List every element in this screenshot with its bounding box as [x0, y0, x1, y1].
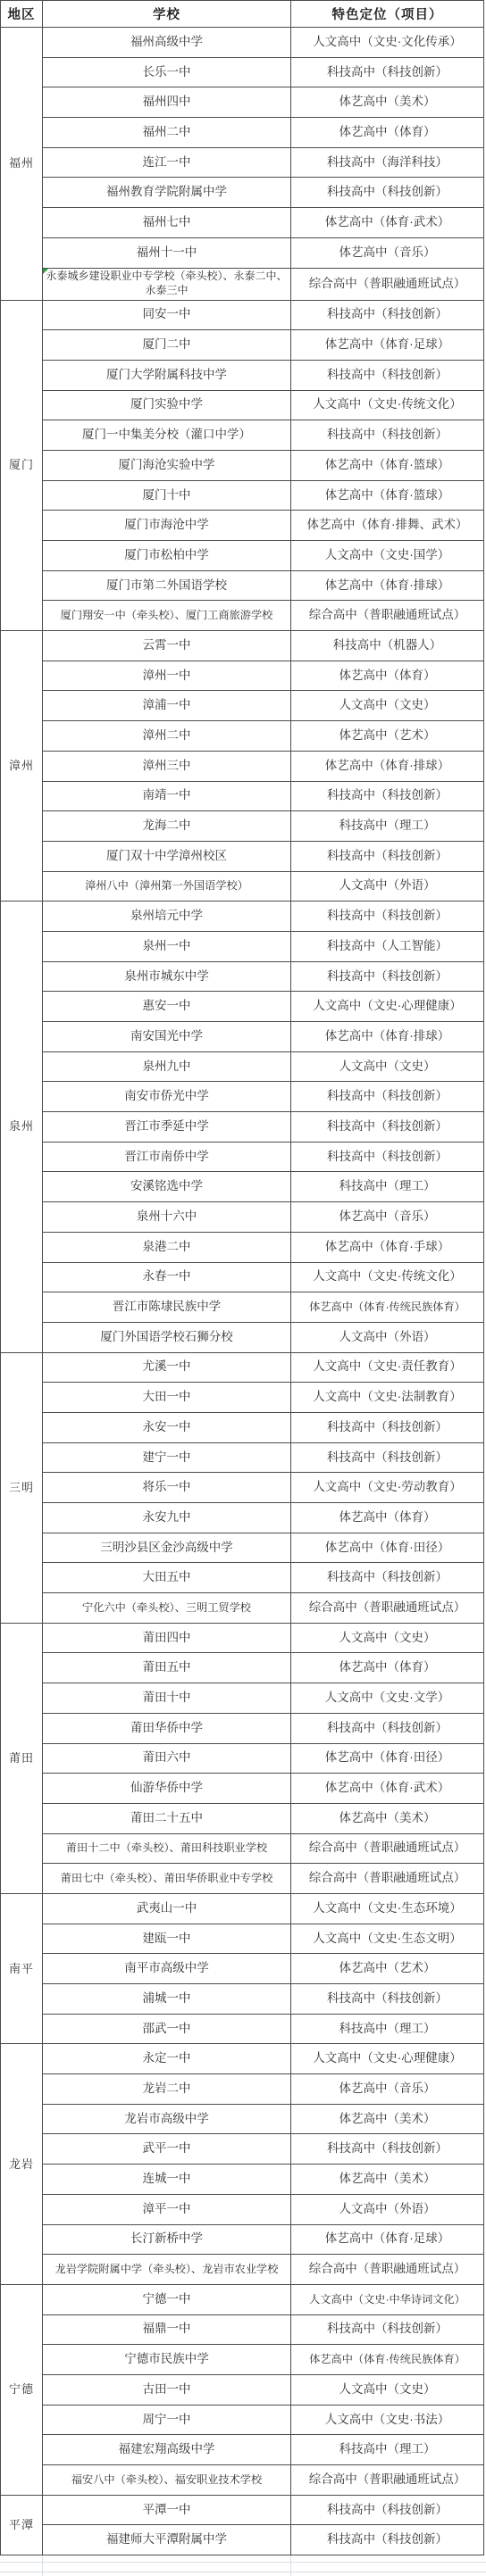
table-row: 泉州九中人文高中（文史）: [1, 1051, 484, 1082]
school-cell: 惠安一中: [43, 992, 291, 1022]
school-cell: 南平市高级中学: [43, 1954, 291, 1984]
feature-cell: 体艺高中（体育·排球）: [291, 751, 484, 781]
feature-cell: 体艺高中（体育）: [291, 1653, 484, 1683]
region-cell: 泉州: [1, 902, 43, 1352]
school-cell: 三明沙县区金沙高级中学: [43, 1533, 291, 1563]
school-cell: 晋江市陈埭民族中学: [43, 1292, 291, 1323]
feature-cell: 体艺高中（体育）: [291, 1503, 484, 1533]
table-row: 龙岩二中体艺高中（音乐）: [1, 2074, 484, 2105]
school-cell: 永春一中: [43, 1262, 291, 1292]
school-cell: 福州二中: [43, 118, 291, 148]
table-row: 安溪铭选中学科技高中（理工）: [1, 1172, 484, 1202]
feature-cell: 科技高中（理工）: [291, 2014, 484, 2044]
table-row: 漳平一中人文高中（外语）: [1, 2194, 484, 2224]
table-row: 漳州二中体艺高中（艺术）: [1, 721, 484, 752]
feature-cell: 科技高中（科技创新）: [291, 420, 484, 451]
school-cell: 厦门外国语学校石狮分校: [43, 1322, 291, 1352]
school-cell: 漳州三中: [43, 751, 291, 781]
school-cell: 厦门市松柏中学: [43, 541, 291, 571]
table-row: 福州七中体艺高中（体育·武术）: [1, 208, 484, 238]
table-row: 龙岩永定一中人文高中（文史·心理健康）: [1, 2044, 484, 2074]
feature-cell: 人文高中（文史）: [291, 1051, 484, 1082]
table-row: 大田五中科技高中（科技创新）: [1, 1563, 484, 1593]
feature-cell: 科技高中（科技创新）: [291, 1412, 484, 1442]
school-cell: 莆田二十五中: [43, 1803, 291, 1833]
table-row: 连江一中科技高中（海洋科技）: [1, 147, 484, 178]
school-cell: 福州高级中学: [43, 28, 291, 58]
school-cell: 福州四中: [43, 87, 291, 118]
school-cell: 长汀新桥中学: [43, 2224, 291, 2255]
school-cell: 连江一中: [43, 147, 291, 178]
page: 地区 学校 特色定位（项目） 福州福州高级中学人文高中（文史·文化传承）长乐一中…: [0, 0, 486, 2576]
table-row: 宁化六中（牵头校）、三明工贸学校综合高中（普职融通班试点）: [1, 1593, 484, 1624]
school-cell: 云霄一中: [43, 631, 291, 661]
feature-cell: 人文高中（文史·国学）: [291, 541, 484, 571]
table-row: 长乐一中科技高中（科技创新）: [1, 57, 484, 87]
feature-cell: 科技高中（科技创新）: [291, 360, 484, 390]
table-row: 漳州云霄一中科技高中（机器人）: [1, 631, 484, 661]
table-row: 将乐一中人文高中（文史·劳动教育）: [1, 1473, 484, 1503]
school-cell: 莆田十中: [43, 1683, 291, 1714]
header-region: 地区: [1, 1, 43, 28]
feature-cell: 体艺高中（体育·传统民族体育）: [291, 1292, 484, 1323]
table-row: 龙海二中科技高中（理工）: [1, 811, 484, 842]
feature-cell: 体艺高中（美术）: [291, 1803, 484, 1833]
feature-cell: 体艺高中（体育·排球）: [291, 570, 484, 601]
feature-cell: 体艺高中（美术）: [291, 87, 484, 118]
school-cell: 厦门大学附属科技中学: [43, 360, 291, 390]
feature-cell: 人文高中（文史·文学）: [291, 1683, 484, 1714]
school-cell: 福安八中（牵头校）、福安职业技术学校: [43, 2465, 291, 2496]
region-cell: 平潭: [1, 2495, 43, 2555]
feature-cell: 体艺高中（美术）: [291, 2165, 484, 2195]
table-row: 厦门十中体艺高中（体育·篮球）: [1, 480, 484, 511]
table-row: 泉州一中科技高中（人工智能）: [1, 931, 484, 961]
school-cell: 泉州十六中: [43, 1202, 291, 1233]
region-cell: 福州: [1, 28, 43, 301]
schools-table: 地区 学校 特色定位（项目） 福州福州高级中学人文高中（文史·文化传承）长乐一中…: [0, 0, 484, 2555]
table-row: 厦门一中集美分校（灌口中学）科技高中（科技创新）: [1, 420, 484, 451]
region-cell: 厦门: [1, 300, 43, 631]
feature-cell: 科技高中（科技创新）: [291, 2134, 484, 2165]
table-row: 南安国光中学体艺高中（体育·排球）: [1, 1022, 484, 1052]
feature-cell: 综合高中（普职融通班试点）: [291, 268, 484, 300]
school-cell: 莆田五中: [43, 1653, 291, 1683]
school-cell: 南靖一中: [43, 781, 291, 811]
table-row: 福建宏翔高级中学科技高中（理工）: [1, 2435, 484, 2465]
feature-cell: 综合高中（普职融通班试点）: [291, 601, 484, 631]
feature-cell: 体艺高中（艺术）: [291, 1954, 484, 1984]
feature-cell: 综合高中（普职融通班试点）: [291, 1864, 484, 1894]
feature-cell: 科技高中（科技创新）: [291, 1984, 484, 2015]
feature-cell: 体艺高中（体育·武术）: [291, 1774, 484, 1804]
school-cell: 漳平一中: [43, 2194, 291, 2224]
school-cell: 漳州二中: [43, 721, 291, 752]
feature-cell: 体艺高中（体育·传统民族体育）: [291, 2345, 484, 2375]
trailing-spreadsheet-gridlines: [0, 2555, 486, 2576]
feature-cell: 体艺高中（音乐）: [291, 237, 484, 268]
feature-cell: 科技高中（科技创新）: [291, 2314, 484, 2345]
feature-cell: 科技高中（科技创新）: [291, 2495, 484, 2525]
school-cell: 永安九中: [43, 1503, 291, 1533]
table-row: 莆田华侨中学科技高中（科技创新）: [1, 1713, 484, 1743]
feature-cell: 科技高中（科技创新）: [291, 1082, 484, 1112]
feature-cell: 科技高中（科技创新）: [291, 57, 484, 87]
table-row: 长汀新桥中学体艺高中（体育·足球）: [1, 2224, 484, 2255]
school-cell: 漳州一中: [43, 661, 291, 691]
feature-cell: 科技高中（科技创新）: [291, 1112, 484, 1143]
feature-cell: 科技高中（科技创新）: [291, 300, 484, 330]
feature-cell: 体艺高中（体育·田径）: [291, 1743, 484, 1774]
table-row: 厦门市海沧中学体艺高中（体育·排舞、武术）: [1, 511, 484, 541]
school-cell: 平潭一中: [43, 2495, 291, 2525]
school-cell: 晋江市季延中学: [43, 1112, 291, 1143]
feature-cell: 科技高中（理工）: [291, 1172, 484, 1202]
feature-cell: 人文高中（文史·文化传承）: [291, 28, 484, 58]
feature-cell: 体艺高中（体育·排舞、武术）: [291, 511, 484, 541]
school-cell: 古田一中: [43, 2374, 291, 2405]
school-cell: 建瓯一中: [43, 1924, 291, 1954]
table-row: 泉港二中体艺高中（体育·手球）: [1, 1232, 484, 1262]
green-corner-flag-icon: [43, 269, 48, 274]
feature-cell: 科技高中（科技创新）: [291, 2525, 484, 2555]
school-cell: 龙岩二中: [43, 2074, 291, 2105]
school-cell: 莆田十二中（牵头校）、莆田科技职业学校: [43, 1833, 291, 1864]
school-cell: 漳浦一中: [43, 691, 291, 721]
school-cell: 福州七中: [43, 208, 291, 238]
table-row: 福州十一中体艺高中（音乐）: [1, 237, 484, 268]
school-cell: 厦门一中集美分校（灌口中学）: [43, 420, 291, 451]
table-row: 平潭平潭一中科技高中（科技创新）: [1, 2495, 484, 2525]
school-cell: 将乐一中: [43, 1473, 291, 1503]
header-feature: 特色定位（项目）: [291, 1, 484, 28]
table-row: 厦门市第二外国语学校体艺高中（体育·排球）: [1, 570, 484, 601]
school-cell: 福州十一中: [43, 237, 291, 268]
school-cell: 泉州九中: [43, 1051, 291, 1082]
region-cell: 莆田: [1, 1623, 43, 1893]
table-row: 莆田二十五中体艺高中（美术）: [1, 1803, 484, 1833]
school-cell: 大田一中: [43, 1383, 291, 1413]
table-row: 莆田十二中（牵头校）、莆田科技职业学校综合高中（普职融通班试点）: [1, 1833, 484, 1864]
school-cell: 莆田六中: [43, 1743, 291, 1774]
school-cell: 邵武一中: [43, 2014, 291, 2044]
feature-cell: 体艺高中（体育·手球）: [291, 1232, 484, 1262]
table-row: 厦门大学附属科技中学科技高中（科技创新）: [1, 360, 484, 390]
feature-cell: 科技高中（机器人）: [291, 631, 484, 661]
region-cell: 龙岩: [1, 2044, 43, 2285]
table-row: 莆田六中体艺高中（体育·田径）: [1, 1743, 484, 1774]
table-row: 漳浦一中人文高中（文史）: [1, 691, 484, 721]
table-row: 龙岩市高级中学体艺高中（美术）: [1, 2104, 484, 2134]
school-cell: 宁德市民族中学: [43, 2345, 291, 2375]
feature-cell: 体艺高中（体育·篮球）: [291, 480, 484, 511]
table-row: 福建师大平潭附属中学科技高中（科技创新）: [1, 2525, 484, 2555]
table-row: 漳州一中体艺高中（体育）: [1, 661, 484, 691]
feature-cell: 科技高中（科技创新）: [291, 961, 484, 992]
region-cell: 宁德: [1, 2284, 43, 2495]
table-row: 南安市侨光中学科技高中（科技创新）: [1, 1082, 484, 1112]
feature-cell: 体艺高中（体育）: [291, 661, 484, 691]
school-cell: 连城一中: [43, 2165, 291, 2195]
table-row: 永安一中科技高中（科技创新）: [1, 1412, 484, 1442]
table-row: 周宁一中人文高中（文史·书法）: [1, 2405, 484, 2435]
school-cell: 永定一中: [43, 2044, 291, 2074]
table-row: 漳州八中（漳州第一外国语学校）人文高中（外语）: [1, 871, 484, 902]
feature-cell: 科技高中（科技创新）: [291, 1142, 484, 1172]
feature-cell: 人文高中（文史·生态文明）: [291, 1924, 484, 1954]
feature-cell: 科技高中（科技创新）: [291, 1563, 484, 1593]
feature-cell: 人文高中（文史）: [291, 2374, 484, 2405]
school-cell: 安溪铭选中学: [43, 1172, 291, 1202]
empty-grid-row: [0, 2555, 486, 2563]
grid-vertical-line: [290, 2555, 291, 2576]
school-cell: 龙岩市高级中学: [43, 2104, 291, 2134]
table-row: 浦城一中科技高中（科技创新）: [1, 1984, 484, 2015]
table-row: 厦门市松柏中学人文高中（文史·国学）: [1, 541, 484, 571]
school-cell: 长乐一中: [43, 57, 291, 87]
header-school: 学校: [43, 1, 291, 28]
feature-cell: 体艺高中（艺术）: [291, 721, 484, 752]
feature-cell: 科技高中（科技创新）: [291, 781, 484, 811]
feature-cell: 科技高中（人工智能）: [291, 931, 484, 961]
grid-vertical-line: [42, 2555, 43, 2576]
school-cell: 晋江市南侨中学: [43, 1142, 291, 1172]
table-row: 建瓯一中人文高中（文史·生态文明）: [1, 1924, 484, 1954]
school-cell: 宁化六中（牵头校）、三明工贸学校: [43, 1593, 291, 1624]
school-cell: 龙海二中: [43, 811, 291, 842]
table-row: 三明沙县区金沙高级中学体艺高中（体育·田径）: [1, 1533, 484, 1563]
school-cell: 厦门十中: [43, 480, 291, 511]
table-row: 惠安一中人文高中（文史·心理健康）: [1, 992, 484, 1022]
table-row: 宁德市民族中学体艺高中（体育·传统民族体育）: [1, 2345, 484, 2375]
table-row: 宁德宁德一中人文高中（文史·中华诗词文化）: [1, 2284, 484, 2314]
empty-grid-row: [0, 2563, 486, 2572]
school-cell: 南安国光中学: [43, 1022, 291, 1052]
table-row: 泉州市城东中学科技高中（科技创新）: [1, 961, 484, 992]
school-cell: 永泰城乡建设职业中专学校（牵头校）、永泰二中、永泰三中: [43, 268, 291, 300]
school-cell: 宁德一中: [43, 2284, 291, 2314]
table-row: 永泰城乡建设职业中专学校（牵头校）、永泰二中、永泰三中综合高中（普职融通班试点）: [1, 268, 484, 300]
region-cell: 漳州: [1, 631, 43, 902]
school-cell: 福州教育学院附属中学: [43, 178, 291, 208]
region-cell: 三明: [1, 1352, 43, 1623]
region-cell: 南平: [1, 1893, 43, 2043]
table-row: 厦门同安一中科技高中（科技创新）: [1, 300, 484, 330]
school-cell: 福鼎一中: [43, 2314, 291, 2345]
table-row: 莆田十中人文高中（文史·文学）: [1, 1683, 484, 1714]
school-cell: 南安市侨光中学: [43, 1082, 291, 1112]
feature-cell: 人文高中（文史·心理健康）: [291, 992, 484, 1022]
table-row: 晋江市陈埭民族中学体艺高中（体育·传统民族体育）: [1, 1292, 484, 1323]
feature-cell: 体艺高中（体育·田径）: [291, 1533, 484, 1563]
school-cell: 浦城一中: [43, 1984, 291, 2015]
school-cell: 厦门市第二外国语学校: [43, 570, 291, 601]
table-row: 厦门翔安一中（牵头校）、厦门工商旅游学校综合高中（普职融通班试点）: [1, 601, 484, 631]
school-cell: 泉州培元中学: [43, 902, 291, 932]
table-row: 莆田五中体艺高中（体育）: [1, 1653, 484, 1683]
table-row: 泉州十六中体艺高中（音乐）: [1, 1202, 484, 1233]
feature-cell: 体艺高中（美术）: [291, 2104, 484, 2134]
feature-cell: 体艺高中（体育·足球）: [291, 330, 484, 361]
school-cell: 莆田七中（牵头校）、莆田华侨职业中专学校: [43, 1864, 291, 1894]
feature-cell: 体艺高中（体育）: [291, 118, 484, 148]
feature-cell: 人文高中（文史·法制教育）: [291, 1383, 484, 1413]
school-cell: 同安一中: [43, 300, 291, 330]
table-row: 莆田七中（牵头校）、莆田华侨职业中专学校综合高中（普职融通班试点）: [1, 1864, 484, 1894]
feature-cell: 体艺高中（体育·篮球）: [291, 450, 484, 480]
feature-cell: 综合高中（普职融通班试点）: [291, 1833, 484, 1864]
feature-cell: 人文高中（文史·责任教育）: [291, 1352, 484, 1383]
school-cell: 厦门海沧实验中学: [43, 450, 291, 480]
table-row: 永春一中人文高中（文史·传统文化）: [1, 1262, 484, 1292]
feature-cell: 综合高中（普职融通班试点）: [291, 2255, 484, 2285]
school-cell: 大田五中: [43, 1563, 291, 1593]
feature-cell: 综合高中（普职融通班试点）: [291, 2465, 484, 2496]
table-row: 武平一中科技高中（科技创新）: [1, 2134, 484, 2165]
school-cell: 仙游华侨中学: [43, 1774, 291, 1804]
school-cell: 尤溪一中: [43, 1352, 291, 1383]
feature-cell: 体艺高中（体育·足球）: [291, 2224, 484, 2255]
feature-cell: 人文高中（文史）: [291, 1623, 484, 1653]
feature-cell: 科技高中（科技创新）: [291, 1713, 484, 1743]
table-row: 厦门二中体艺高中（体育·足球）: [1, 330, 484, 361]
feature-cell: 科技高中（科技创新）: [291, 178, 484, 208]
school-cell: 厦门双十中学漳州校区: [43, 841, 291, 871]
table-row: 南平市高级中学体艺高中（艺术）: [1, 1954, 484, 1984]
school-cell: 福建宏翔高级中学: [43, 2435, 291, 2465]
table-row: 龙岩学院附属中学（牵头校）、龙岩市农业学校综合高中（普职融通班试点）: [1, 2255, 484, 2285]
table-row: 福州四中体艺高中（美术）: [1, 87, 484, 118]
table-row: 建宁一中科技高中（科技创新）: [1, 1442, 484, 1473]
school-cell: 武平一中: [43, 2134, 291, 2165]
table-row: 厦门实验中学人文高中（文史·传统文化）: [1, 390, 484, 420]
table-row: 连城一中体艺高中（美术）: [1, 2165, 484, 2195]
feature-cell: 人文高中（文史·中华诗词文化）: [291, 2284, 484, 2314]
school-cell: 厦门市海沧中学: [43, 511, 291, 541]
table-row: 厦门双十中学漳州校区科技高中（科技创新）: [1, 841, 484, 871]
feature-cell: 科技高中（科技创新）: [291, 841, 484, 871]
school-cell: 厦门翔安一中（牵头校）、厦门工商旅游学校: [43, 601, 291, 631]
header-row: 地区 学校 特色定位（项目）: [1, 1, 484, 28]
table-row: 古田一中人文高中（文史）: [1, 2374, 484, 2405]
school-cell: 泉州市城东中学: [43, 961, 291, 992]
table-row: 晋江市南侨中学科技高中（科技创新）: [1, 1142, 484, 1172]
table-row: 厦门海沧实验中学体艺高中（体育·篮球）: [1, 450, 484, 480]
feature-cell: 综合高中（普职融通班试点）: [291, 1593, 484, 1624]
table-row: 泉州泉州培元中学科技高中（科技创新）: [1, 902, 484, 932]
feature-cell: 人文高中（外语）: [291, 871, 484, 902]
table-row: 福州福州高级中学人文高中（文史·文化传承）: [1, 28, 484, 58]
feature-cell: 人文高中（文史·劳动教育）: [291, 1473, 484, 1503]
school-cell: 厦门二中: [43, 330, 291, 361]
feature-cell: 体艺高中（体育·排球）: [291, 1022, 484, 1052]
school-cell: 泉州一中: [43, 931, 291, 961]
table-row: 永安九中体艺高中（体育）: [1, 1503, 484, 1533]
school-cell: 莆田华侨中学: [43, 1713, 291, 1743]
school-cell: 周宁一中: [43, 2405, 291, 2435]
school-cell: 永安一中: [43, 1412, 291, 1442]
table-row: 三明尤溪一中人文高中（文史·责任教育）: [1, 1352, 484, 1383]
table-row: 福安八中（牵头校）、福安职业技术学校综合高中（普职融通班试点）: [1, 2465, 484, 2496]
table-row: 大田一中人文高中（文史·法制教育）: [1, 1383, 484, 1413]
table-row: 漳州三中体艺高中（体育·排球）: [1, 751, 484, 781]
table-row: 福州教育学院附属中学科技高中（科技创新）: [1, 178, 484, 208]
table-row: 福鼎一中科技高中（科技创新）: [1, 2314, 484, 2345]
school-cell: 莆田四中: [43, 1623, 291, 1653]
table-row: 莆田莆田四中人文高中（文史）: [1, 1623, 484, 1653]
table-row: 福州二中体艺高中（体育）: [1, 118, 484, 148]
table-row: 晋江市季延中学科技高中（科技创新）: [1, 1112, 484, 1143]
school-cell: 建宁一中: [43, 1442, 291, 1473]
feature-cell: 科技高中（科技创新）: [291, 1442, 484, 1473]
table-row: 南平武夷山一中人文高中（文史·生态环境）: [1, 1893, 484, 1924]
feature-cell: 体艺高中（音乐）: [291, 2074, 484, 2105]
school-cell: 漳州八中（漳州第一外国语学校）: [43, 871, 291, 902]
feature-cell: 科技高中（理工）: [291, 2435, 484, 2465]
feature-cell: 人文高中（文史·生态环境）: [291, 1893, 484, 1924]
table-row: 仙游华侨中学体艺高中（体育·武术）: [1, 1774, 484, 1804]
feature-cell: 科技高中（海洋科技）: [291, 147, 484, 178]
feature-cell: 人文高中（文史·心理健康）: [291, 2044, 484, 2074]
feature-cell: 体艺高中（体育·武术）: [291, 208, 484, 238]
feature-cell: 人文高中（外语）: [291, 1322, 484, 1352]
feature-cell: 人文高中（文史）: [291, 691, 484, 721]
table-row: 南靖一中科技高中（科技创新）: [1, 781, 484, 811]
table-row: 邵武一中科技高中（理工）: [1, 2014, 484, 2044]
feature-cell: 科技高中（理工）: [291, 811, 484, 842]
school-cell: 龙岩学院附属中学（牵头校）、龙岩市农业学校: [43, 2255, 291, 2285]
feature-cell: 人文高中（文史·书法）: [291, 2405, 484, 2435]
feature-cell: 体艺高中（音乐）: [291, 1202, 484, 1233]
feature-cell: 人文高中（外语）: [291, 2194, 484, 2224]
school-cell: 厦门实验中学: [43, 390, 291, 420]
school-cell: 泉港二中: [43, 1232, 291, 1262]
school-cell: 福建师大平潭附属中学: [43, 2525, 291, 2555]
feature-cell: 人文高中（文史·传统文化）: [291, 390, 484, 420]
feature-cell: 人文高中（文史·传统文化）: [291, 1262, 484, 1292]
feature-cell: 科技高中（科技创新）: [291, 902, 484, 932]
school-cell: 武夷山一中: [43, 1893, 291, 1924]
table-row: 厦门外国语学校石狮分校人文高中（外语）: [1, 1322, 484, 1352]
